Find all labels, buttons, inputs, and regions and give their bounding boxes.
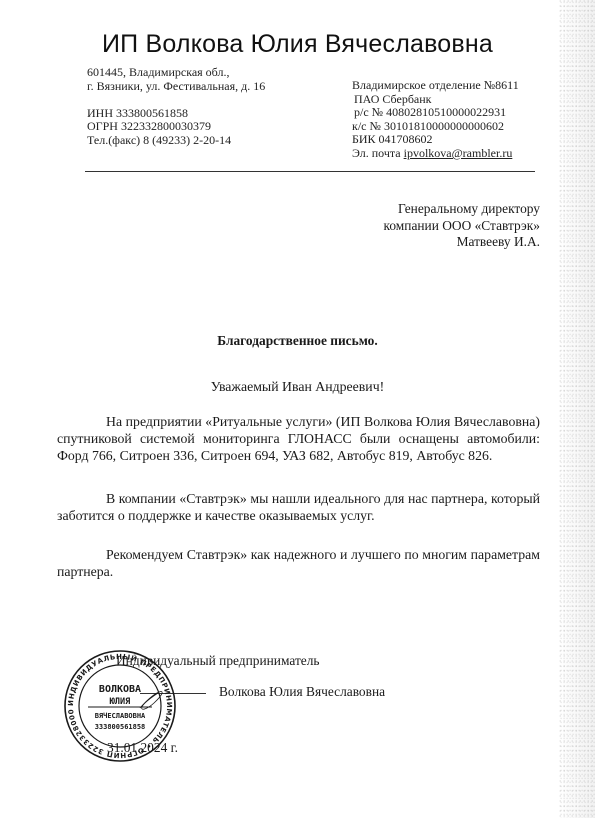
stamp-line-2: ЮЛИЯ [110, 697, 130, 707]
stamp-line-1: ВОЛКОВА [99, 684, 141, 695]
paragraph-2-text: В компании «Ставтрэк» мы нашли идеальног… [57, 491, 540, 523]
addressee-line-3: Матвееву И.А. [384, 234, 540, 251]
bank-name: ПАО Сбербанк [352, 93, 519, 107]
letter-title: Благодарственное письмо. [0, 333, 595, 349]
address-line-2: г. Вязники, ул. Фестивальная, д. 16 [87, 80, 265, 94]
addressee-block: Генеральному директору компании ООО «Ста… [384, 201, 540, 251]
phone: Тел.(факс) 8 (49233) 2-20-14 [87, 134, 265, 148]
paragraph-3: Рекомендуем Ставтрэк» как надежного и лу… [57, 546, 540, 580]
stamp-line-4: 333800561858 [95, 723, 146, 731]
round-stamp-icon: ИНДИВИДУАЛЬНЫЙ ПРЕДПРИНИМАТЕЛЬ • ОГРНИП … [62, 648, 178, 764]
letterhead-bank-details: Владимирское отделение №8611 ПАО Сбербан… [352, 79, 519, 161]
paragraph-1-text: На предприятии «Ритуальные услуги» (ИП В… [57, 414, 540, 463]
bank-branch: Владимирское отделение №8611 [352, 79, 519, 93]
salutation: Уважаемый Иван Андреевич! [0, 379, 595, 395]
address-line-1: 601445, Владимирская обл., [87, 66, 265, 80]
addressee-line-1: Генеральному директору [384, 201, 540, 218]
account-number: р/с № 40802810510000022931 [352, 106, 519, 120]
signature-name: Волкова Юлия Вячеславовна [219, 684, 385, 700]
email-row: Эл. почта ipvolkova@rambler.ru [352, 147, 519, 161]
stamp-line-3: ВЯЧЕСЛАВОВНА [95, 712, 146, 720]
header-divider [85, 171, 535, 172]
paragraph-2: В компании «Ставтрэк» мы нашли идеальног… [57, 490, 540, 524]
bik: БИК 041708602 [352, 133, 519, 147]
letterhead-contacts: 601445, Владимирская обл., г. Вязники, у… [87, 66, 265, 148]
paragraph-3-text: Рекомендуем Ставтрэк» как надежного и лу… [57, 547, 540, 579]
email-link[interactable]: ipvolkova@rambler.ru [404, 146, 513, 160]
ogrn: ОГРН 322332800030379 [87, 120, 265, 134]
email-label: Эл. почта [352, 146, 404, 160]
letterhead-title: ИП Волкова Юлия Вячеславовна [0, 30, 595, 59]
inn: ИНН 333800561858 [87, 107, 265, 121]
addressee-line-2: компании ООО «Ставтрэк» [384, 218, 540, 235]
scan-edge-noise [559, 0, 595, 818]
corr-account: к/с № 30101810000000000602 [352, 120, 519, 134]
paragraph-1: На предприятии «Ритуальные услуги» (ИП В… [57, 413, 540, 464]
